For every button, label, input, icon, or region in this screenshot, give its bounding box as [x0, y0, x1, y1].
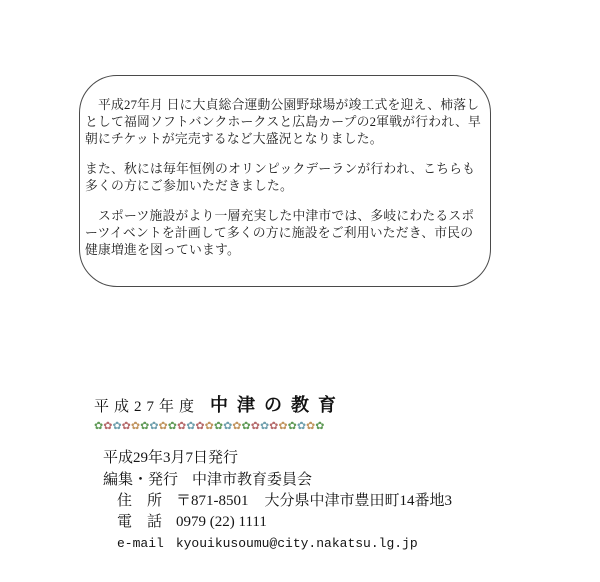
address-value: 大分県中津市豊田町14番地3 [265, 493, 453, 509]
publication-date: 平成29年3月7日発行 [103, 448, 452, 469]
address-label: 住 所 [117, 493, 162, 509]
ornament-flower-border: ✿✿✿✿✿✿✿✿✿✿✿✿✿✿✿✿✿✿✿✿✿✿✿✿✿ [94, 420, 345, 431]
notice-box: 平成27年月 日に大貞総合運動公園野球場が竣工式を迎え、柿落しとして福岡ソフトバ… [79, 75, 491, 287]
colophon-page: 平成27年月 日に大貞総合運動公園野球場が竣工式を迎え、柿落しとして福岡ソフトバ… [0, 0, 600, 582]
editor-publisher-value: 中津市教育委員会 [192, 472, 312, 488]
publication-title: 中津の教育 [210, 395, 345, 415]
postal-code: 〒871-8501 [176, 493, 249, 509]
address-line: 住 所〒871-8501大分県中津市豊田町14番地3 [103, 491, 452, 512]
colophon: 平成29年3月7日発行 編集・発行中津市教育委員会 住 所〒871-8501大分… [103, 448, 452, 554]
publication-title-line: 平成27年度 中津の教育 [94, 391, 345, 417]
editor-publisher-label: 編集・発行 [103, 472, 178, 488]
email-value: kyouikusoumu@city.nakatsu.lg.jp [176, 536, 418, 551]
notice-paragraph-sports-facilities: スポーツ施設がより一層充実した中津市では、多岐にわたるスポーツイベントを計画して… [85, 208, 481, 259]
fiscal-year-label: 平成27年度 [94, 399, 199, 415]
email-line: e-mailkyouikusoumu@city.nakatsu.lg.jp [103, 533, 452, 554]
editor-publisher-line: 編集・発行中津市教育委員会 [103, 470, 452, 491]
title-block: 平成27年度 中津の教育 ✿✿✿✿✿✿✿✿✿✿✿✿✿✿✿✿✿✿✿✿✿✿✿✿✿ [94, 391, 345, 431]
notice-paragraph-stadium: 平成27年月 日に大貞総合運動公園野球場が竣工式を迎え、柿落しとして福岡ソフトバ… [85, 97, 481, 148]
notice-paragraph-olympic-day-run: また、秋には毎年恒例のオリンピックデーランが行われ、こちらも多くの方にご参加いた… [85, 161, 481, 195]
email-label: e-mail [117, 536, 164, 551]
phone-value: 0979 (22) 1111 [176, 514, 267, 530]
phone-line: 電 話0979 (22) 1111 [103, 512, 452, 533]
phone-label: 電 話 [117, 514, 162, 530]
